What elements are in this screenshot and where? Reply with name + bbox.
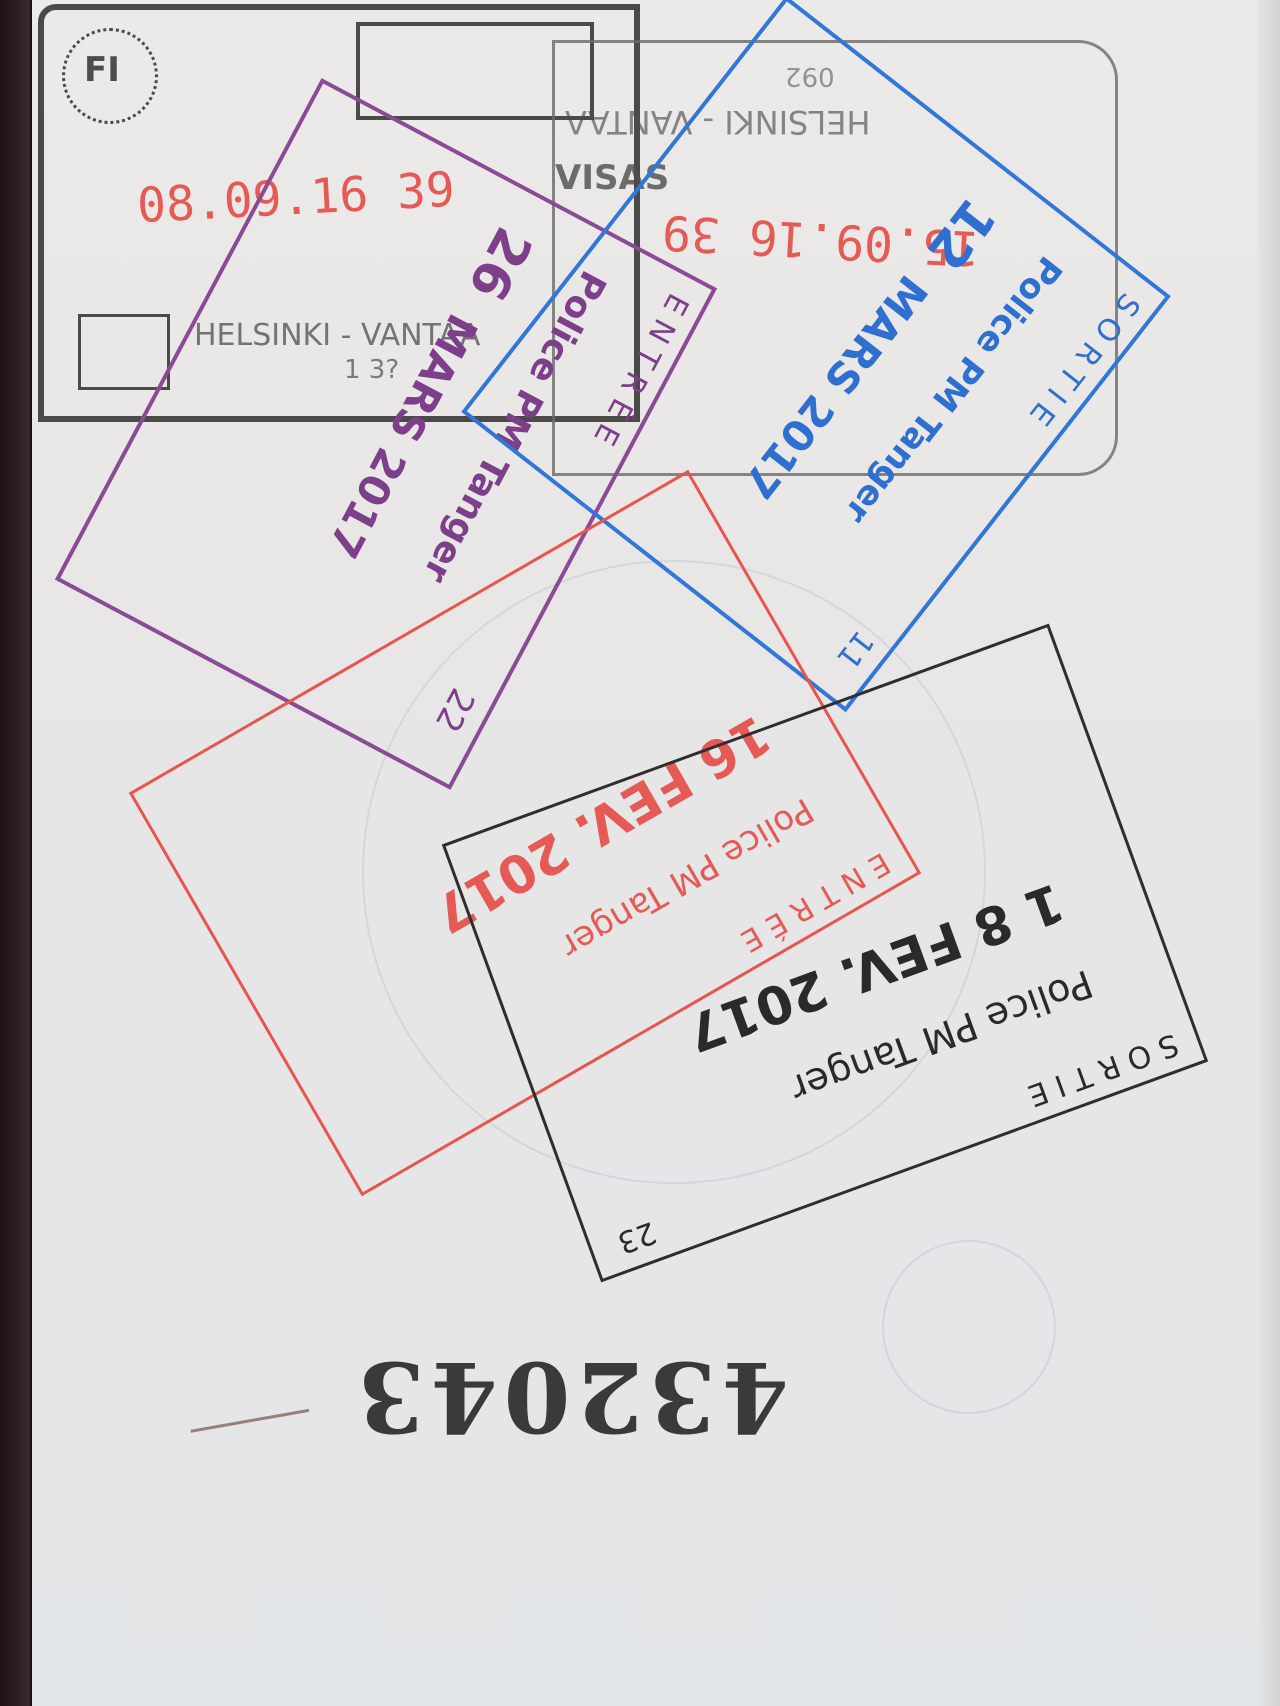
- stamp-corner-number: 11: [829, 624, 880, 676]
- page-edge: [1258, 0, 1280, 1706]
- page-number: 432043: [352, 1340, 789, 1453]
- country-code: FI: [84, 50, 120, 90]
- stamp-corner-number: 23: [613, 1214, 661, 1260]
- stamp-date: 1 8 FEV. 2017: [679, 871, 1071, 1063]
- stamp-type: S O R T I E: [1023, 1026, 1183, 1113]
- arrow-box: [78, 314, 170, 390]
- handwritten-mark: [175, 1320, 309, 1432]
- stamp-day: 12: [915, 187, 1007, 281]
- stamp-office: Police PM Tanger: [837, 248, 1070, 531]
- passport-spine: [0, 0, 30, 1706]
- passport-page: FI HELSINKI - VANTAA 1 3? VISAS HELSINKI…: [30, 0, 1280, 1706]
- security-watermark: [882, 1240, 1056, 1414]
- stamp-day: 26: [456, 217, 543, 309]
